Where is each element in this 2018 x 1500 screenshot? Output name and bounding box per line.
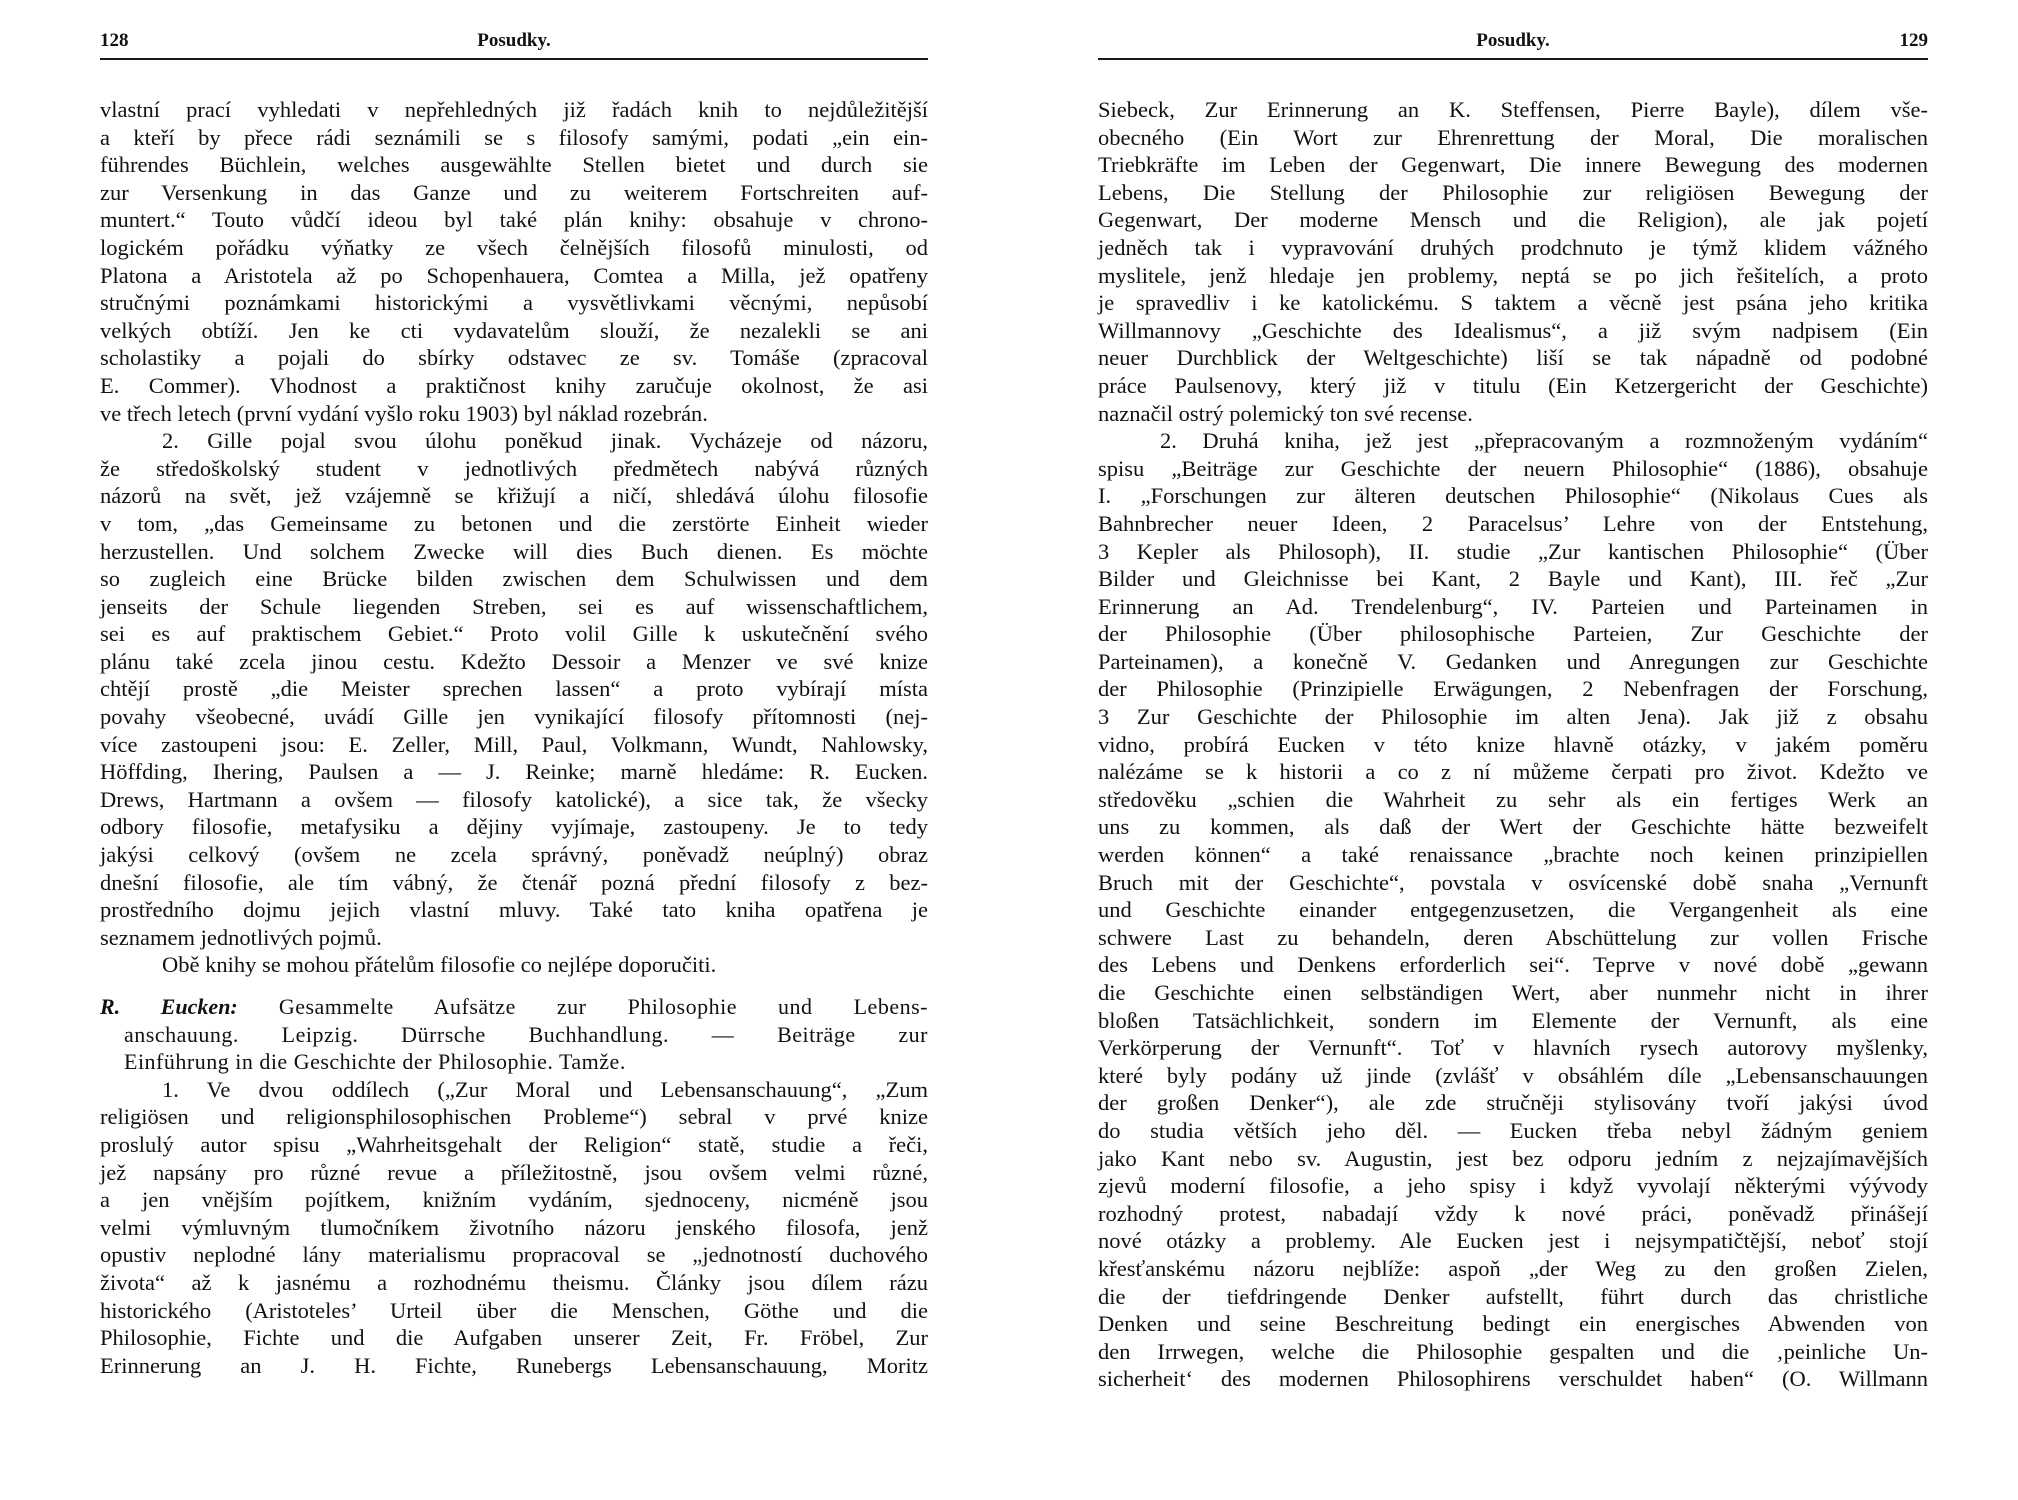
header-rule xyxy=(1098,58,1928,60)
text-line: E. Commer). Vhodnost a praktičnost knihy… xyxy=(100,372,928,400)
text-line: které byly podány už jinde (zvlášť v obs… xyxy=(1098,1062,1928,1090)
running-head-title: Posudky. xyxy=(100,30,928,52)
text-line: prostředního dojmu jejich vlastní mluvy.… xyxy=(100,896,928,924)
text-line: jakýsi celkový (ovšem ne zcela správný, … xyxy=(100,841,928,869)
text-line: den Irrwegen, welche die Philosophie ges… xyxy=(1098,1338,1928,1366)
text-line: Siebeck, Zur Erinnerung an K. Steffensen… xyxy=(1098,96,1928,124)
text-line: 3 Kepler als Philosoph), II. studie „Zur… xyxy=(1098,538,1928,566)
text-line: I. „Forschungen zur älteren deutschen Ph… xyxy=(1098,482,1928,510)
text-line: Denken und seine Beschreitung bedingt ei… xyxy=(1098,1310,1928,1338)
text-line: der Philosophie (Prinzipielle Erwägungen… xyxy=(1098,675,1928,703)
text-line: povahy všeobecné, uvádí Gille jen vynika… xyxy=(100,703,928,731)
paragraph-2: že středoškolský student v jednotlivých … xyxy=(100,455,928,952)
text-line: die Geschichte einen selbständigen Wert,… xyxy=(1098,979,1928,1007)
text-line: plánu také zcela jinou cestu. Kdežto Des… xyxy=(100,648,928,676)
section-gap xyxy=(100,979,928,993)
text-line: und Geschichte einander entgegenzusetzen… xyxy=(1098,896,1928,924)
text-line: Parteinamen), a konečně V. Gedanken und … xyxy=(1098,648,1928,676)
text-line: werden können“ a také renaissance „brach… xyxy=(1098,841,1928,869)
closing-recommendation: Obě knihy se mohou přátelům filosofie co… xyxy=(100,951,928,979)
text-line: historického (Aristoteles’ Urteil über d… xyxy=(100,1297,928,1325)
text-line: Verkörperung der Vernunft“. Toť v hlavní… xyxy=(1098,1034,1928,1062)
text-line: práce Paulsenovy, který již v titulu (Ei… xyxy=(1098,372,1928,400)
text-line: křesťanskému názoru nejblíže: aspoň „der… xyxy=(1098,1255,1928,1283)
running-head: 128 Posudky. xyxy=(100,30,928,56)
text-line: Drews, Hartmann a ovšem — filosofy katol… xyxy=(100,786,928,814)
review-paragraph-1: religiösen und religionsphilosophischen … xyxy=(100,1103,928,1379)
text-line: ve třech letech (první vydání vyšlo roku… xyxy=(100,400,928,428)
text-line: Willmannovy „Geschichte des Idealismus“,… xyxy=(1098,317,1928,345)
text-line: nalézáme se k historii a co z ní můžeme … xyxy=(1098,758,1928,786)
page-body: vlastní prací vyhledati v nepřehledných … xyxy=(100,96,928,1379)
page-body: Siebeck, Zur Erinnerung an K. Steffensen… xyxy=(1098,96,1928,1393)
text-line: proslulý autor spisu „Wahrheitsgehalt de… xyxy=(100,1131,928,1159)
text-line: Bahnbrecher neuer Ideen, 2 Paracelsus’ L… xyxy=(1098,510,1928,538)
text-line: chtějí prostě „die Meister sprechen lass… xyxy=(100,675,928,703)
text-line: führendes Büchlein, welches ausgewählte … xyxy=(100,151,928,179)
text-line: jež napsány pro různé revue a příležitos… xyxy=(100,1159,928,1187)
text-line: sicherheit‘ des modernen Philosophirens … xyxy=(1098,1365,1928,1393)
text-line: že středoškolský student v jednotlivých … xyxy=(100,455,928,483)
text-line: Höffding, Ihering, Paulsen a — J. Reinke… xyxy=(100,758,928,786)
text-line: seznamem jednotlivých pojmů. xyxy=(100,924,928,952)
text-line: v tom, „das Gemeinsame zu betonen und di… xyxy=(100,510,928,538)
text-line: muntert.“ Touto vůdčí ideou byl také plá… xyxy=(100,206,928,234)
text-line: života“ až k jasnému a rozhodnému theism… xyxy=(100,1269,928,1297)
text-line: sei es auf praktischem Gebiet.“ Proto vo… xyxy=(100,620,928,648)
left-page: 128 Posudky. vlastní prací vyhledati v n… xyxy=(100,0,928,1500)
text-line: odbory filosofie, metafysiku a dějiny vy… xyxy=(100,813,928,841)
text-line: zur Versenkung in das Ganze und zu weite… xyxy=(100,179,928,207)
text-line: opustiv neplodné lány materialismu propr… xyxy=(100,1241,928,1269)
text-line: zjevů moderní filosofie, a jeho spisy i … xyxy=(1098,1172,1928,1200)
text-line: a kteří by přece rádi seznámili se s fil… xyxy=(100,124,928,152)
text-line: je spravedliv i ke katolickému. S taktem… xyxy=(1098,289,1928,317)
paragraph-2-opening: 2. Gille pojal svou úlohu poněkud jinak.… xyxy=(100,427,928,455)
text-line: Gegenwart, Der moderne Mensch und die Re… xyxy=(1098,206,1928,234)
text-line: obecného (Ein Wort zur Ehrenrettung der … xyxy=(1098,124,1928,152)
text-line: naznačil ostrý polemický ton své recense… xyxy=(1098,400,1928,428)
paragraph-2: spisu „Beiträge zur Geschichte der neuer… xyxy=(1098,455,1928,1393)
paragraph-2-opening: 2. Druhá kniha, jež jest „přepracovaným … xyxy=(1098,427,1928,455)
running-head: Posudky. 129 xyxy=(1098,30,1928,56)
text-line: der Philosophie (Über philosophische Par… xyxy=(1098,620,1928,648)
text-line: dnešní filosofie, ale tím vábný, že čten… xyxy=(100,869,928,897)
text-line: der großen Denker“), ale zde stručněji s… xyxy=(1098,1089,1928,1117)
text-line: do studia větších jeho děl. — Eucken tře… xyxy=(1098,1117,1928,1145)
text-line: spisu „Beiträge zur Geschichte der neuer… xyxy=(1098,455,1928,483)
text-line: des Lebens und Denkens erforderlich sei“… xyxy=(1098,951,1928,979)
text-line: jako Kant nebo sv. Augustin, jest bez od… xyxy=(1098,1145,1928,1173)
text-line: stručnými poznámkami historickými a vysv… xyxy=(100,289,928,317)
text-line: rozhodný protest, nabadají vždy k nové p… xyxy=(1098,1200,1928,1228)
text-line: die der tiefdringende Denker aufstellt, … xyxy=(1098,1283,1928,1311)
text-line: bloßen Tatsächlichkeit, sondern im Eleme… xyxy=(1098,1007,1928,1035)
text-line: Philosophie, Fichte und die Aufgaben uns… xyxy=(100,1324,928,1352)
text-line: herzustellen. Und solchem Zwecke will di… xyxy=(100,538,928,566)
text-line: více zastoupeni jsou: E. Zeller, Mill, P… xyxy=(100,731,928,759)
text-line: scholastiky a pojali do sbírky odstavec … xyxy=(100,344,928,372)
entry-line-3: Einführung in die Geschichte der Philoso… xyxy=(100,1048,928,1076)
text-line: Bruch mit der Geschichte“, povstala v os… xyxy=(1098,869,1928,897)
text-line: jenseits der Schule liegenden Streben, s… xyxy=(100,593,928,621)
paragraph-continued: vlastní prací vyhledati v nepřehledných … xyxy=(100,96,928,427)
text-line: schwere Last zu behandeln, deren Abschüt… xyxy=(1098,924,1928,952)
right-page: Posudky. 129 Siebeck, Zur Erinnerung an … xyxy=(1098,0,1928,1500)
entry-line-2: anschauung. Leipzig. Dürrsche Buchhandlu… xyxy=(100,1021,928,1049)
text-line: vidno, probírá Eucken v této knize hlavn… xyxy=(1098,731,1928,759)
review-paragraph-1-opening: 1. Ve dvou oddílech („Zur Moral und Lebe… xyxy=(100,1076,928,1104)
text-line: Triebkräfte im Leben der Gegenwart, Die … xyxy=(1098,151,1928,179)
text-line: velmi výmluvným tlumočníkem životního ná… xyxy=(100,1214,928,1242)
bibliographic-entry: R. Eucken: Gesammelte Aufsätze zur Philo… xyxy=(100,993,928,1076)
text-line: myslitele, jenž hledaje jen problemy, ne… xyxy=(1098,262,1928,290)
running-head-title: Posudky. xyxy=(1098,30,1928,52)
text-line: 3 Zur Geschichte der Philosophie im alte… xyxy=(1098,703,1928,731)
text-line: Lebens, Die Stellung der Philosophie zur… xyxy=(1098,179,1928,207)
page-number: 129 xyxy=(1900,30,1929,52)
header-rule xyxy=(100,58,928,60)
text-line: uns zu kommen, als daß der Wert der Gesc… xyxy=(1098,813,1928,841)
text-line: jedněch tak i vypravování druhých prodch… xyxy=(1098,234,1928,262)
text-line: so zugleich eine Brücke bilden zwischen … xyxy=(100,565,928,593)
text-line: religiösen und religionsphilosophischen … xyxy=(100,1103,928,1131)
entry-line-1: R. Eucken: Gesammelte Aufsätze zur Philo… xyxy=(100,993,928,1021)
text-line: středověku „schien die Wahrheit zu sehr … xyxy=(1098,786,1928,814)
text-line: a jen vnějším pojítkem, knižním vydáním,… xyxy=(100,1186,928,1214)
text-line: Bilder und Gleichnisse bei Kant, 2 Bayle… xyxy=(1098,565,1928,593)
text-line: velkých obtíží. Jen ke cti vydavatelům s… xyxy=(100,317,928,345)
text-line: vlastní prací vyhledati v nepřehledných … xyxy=(100,96,928,124)
text-line: logickém pořádku výňatky ze všech čelněj… xyxy=(100,234,928,262)
entry-title-start: Gesammelte Aufsätze zur Philosophie und … xyxy=(279,994,928,1019)
text-line: Erinnerung an Ad. Trendelenburg“, IV. Pa… xyxy=(1098,593,1928,621)
paragraph-continued: Siebeck, Zur Erinnerung an K. Steffensen… xyxy=(1098,96,1928,427)
text-line: neuer Durchblick der Weltgeschichte) liš… xyxy=(1098,344,1928,372)
entry-author: R. Eucken: xyxy=(100,994,238,1019)
text-line: Erinnerung an J. H. Fichte, Runebergs Le… xyxy=(100,1352,928,1380)
text-line: Platona a Aristotela až po Schopenhauera… xyxy=(100,262,928,290)
text-line: nové otázky a problemy. Ale Eucken jest … xyxy=(1098,1227,1928,1255)
text-line: názorů na svět, jež vzájemně se křižují … xyxy=(100,482,928,510)
